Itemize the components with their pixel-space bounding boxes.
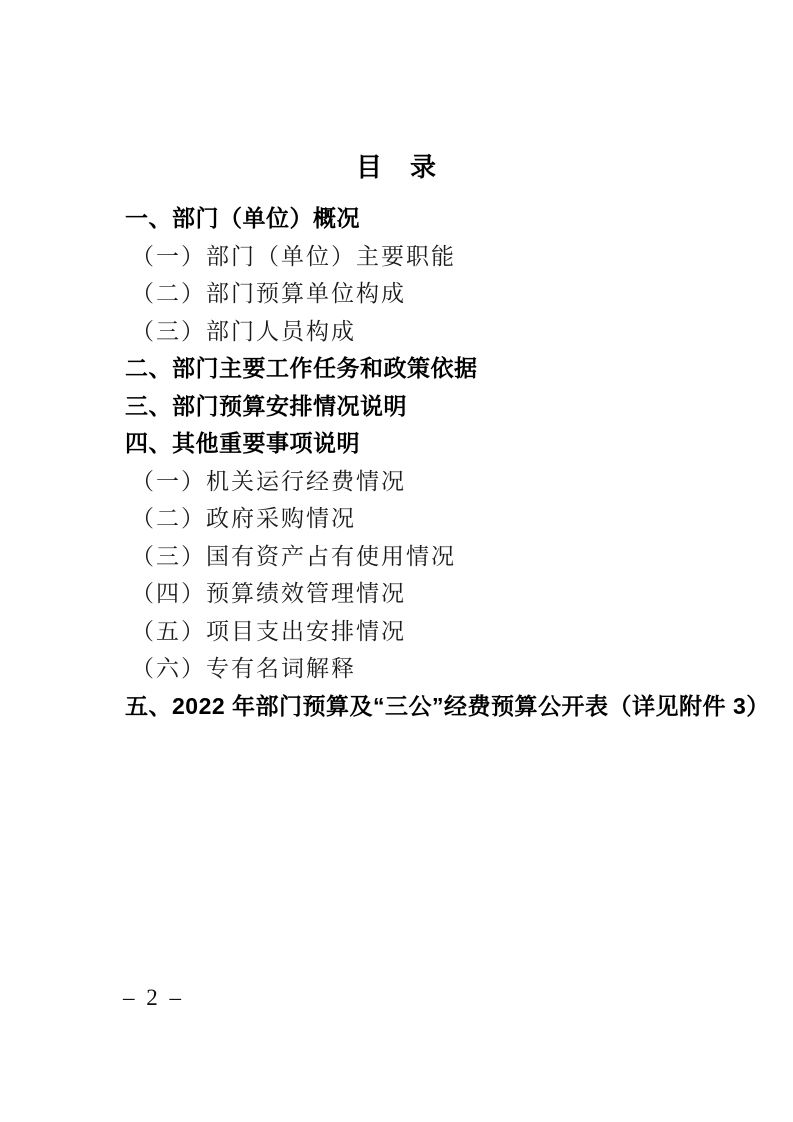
- toc-item-section: （六）专有名词解释: [125, 650, 713, 688]
- page-number: – 2 –: [123, 984, 184, 1012]
- toc-item-section: （三）部门人员构成: [125, 313, 713, 351]
- toc-item-section: （一）部门（单位）主要职能: [125, 238, 713, 276]
- toc-list: 一、部门（单位）概况（一）部门（单位）主要职能（二）部门预算单位构成（三）部门人…: [125, 200, 713, 725]
- toc-item-chapter: 四、其他重要事项说明: [125, 425, 713, 463]
- toc-item-chapter: 五、2022 年部门预算及“三公”经费预算公开表（详见附件 3）: [125, 688, 713, 726]
- toc-item-section: （一）机关运行经费情况: [125, 463, 713, 501]
- toc-item-section: （二）政府采购情况: [125, 500, 713, 538]
- toc-item-section: （四）预算绩效管理情况: [125, 575, 713, 613]
- toc-item-chapter: 二、部门主要工作任务和政策依据: [125, 350, 713, 388]
- toc-item-chapter: 一、部门（单位）概况: [125, 200, 713, 238]
- page-title: 目 录: [0, 152, 793, 182]
- toc-item-section: （五）项目支出安排情况: [125, 613, 713, 651]
- toc-item-section: （二）部门预算单位构成: [125, 275, 713, 313]
- document-page: 目 录 一、部门（单位）概况（一）部门（单位）主要职能（二）部门预算单位构成（三…: [0, 0, 793, 1122]
- toc-item-chapter: 三、部门预算安排情况说明: [125, 388, 713, 426]
- toc-item-section: （三）国有资产占有使用情况: [125, 538, 713, 576]
